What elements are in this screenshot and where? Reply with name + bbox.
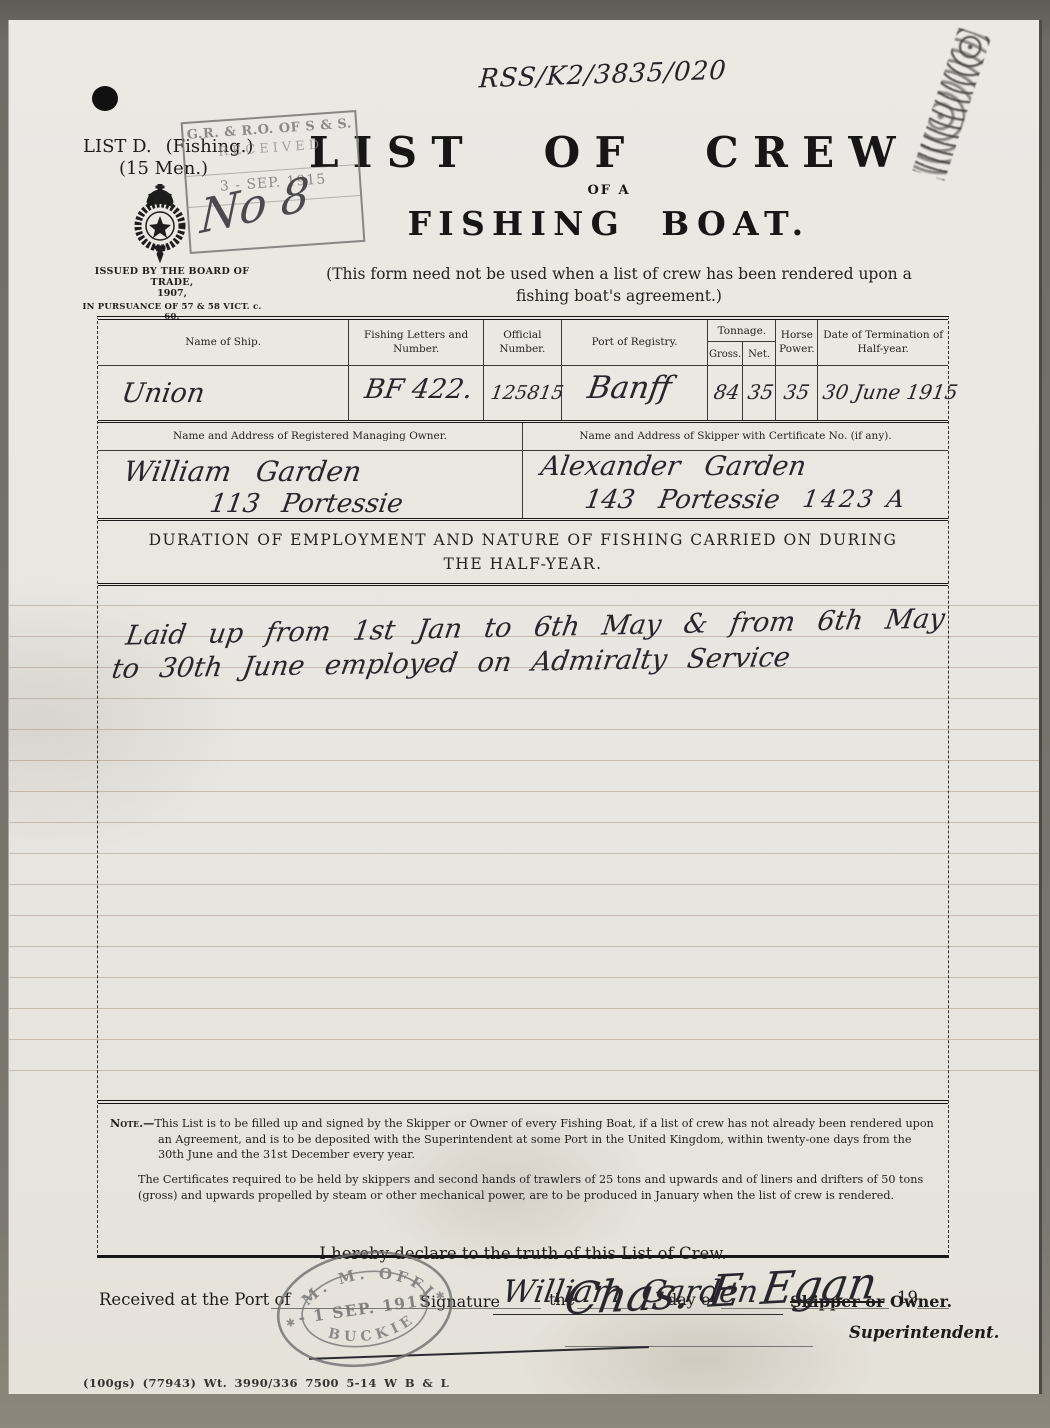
note-label: Note.— [110, 1116, 154, 1130]
note-paragraph-1: Note.—This List is to be filled up and s… [110, 1116, 936, 1163]
corner-smudge [912, 27, 991, 180]
note-section: Note.—This List is to be filled up and s… [98, 1100, 948, 1216]
value-skipper-address: 143 Portessie [583, 485, 782, 515]
title-fishing-boat: FISHING BOAT. [309, 204, 909, 243]
punch-hole [92, 86, 118, 111]
value-skipper-certificate: 1423 A [801, 485, 909, 513]
header-gross: Gross. [708, 342, 743, 366]
header-date-termination: Date of Termination of Half-year. [818, 320, 948, 365]
board-of-trade-crest-icon [127, 184, 193, 268]
value-horse-power: 35 [783, 380, 812, 404]
scanned-document: RSS/K2/3835/020 LIST D.(Fishing.) (15 Me… [0, 0, 1050, 1428]
note-paragraph-2: The Certificates required to be held by … [110, 1172, 936, 1203]
header-tonnage: Tonnage. [708, 320, 775, 342]
header-horse-power: Horse Power. [776, 320, 817, 365]
year-fill-line [917, 1308, 949, 1309]
value-net: 35 [746, 380, 775, 404]
mm-office-buckie-stamp: M. M. OFFICE BUCKIE - 1 SEP. 1915 ✱ ✱ [265, 1236, 465, 1386]
year-prefix-label: 19 [897, 1288, 918, 1307]
header-name-of-ship: Name of Ship. [98, 320, 348, 365]
duration-entry-area: Laid up from 1st Jan to 6th May & from 6… [98, 586, 948, 1100]
title-of-a: OF A [309, 183, 909, 198]
header-managing-owner: Name and Address of Registered Managing … [98, 423, 522, 450]
duration-heading: DURATION OF EMPLOYMENT AND NATURE OF FIS… [98, 521, 948, 586]
received-at-port-label: Received at the Port of [99, 1290, 291, 1309]
value-port-of-registry: Banff [585, 370, 674, 406]
printer-imprint: (100gs) (77943) Wt. 3990/336 7500 5-14 W… [83, 1376, 449, 1390]
owner-skipper-header-row: Name and Address of Registered Managing … [98, 423, 948, 451]
value-owner-address: 113 Portessie [208, 489, 405, 519]
issued-by-text: ISSUED BY THE BOARD OF TRADE, 1907, IN P… [77, 266, 267, 322]
value-fishing-letters: BF 422. [363, 374, 475, 405]
stamp-star-right: ✱ [435, 1289, 446, 1303]
superintendent-label: Superintendent. [849, 1323, 999, 1342]
value-name-of-ship: Union [120, 378, 207, 409]
header-skipper: Name and Address of Skipper with Certifi… [523, 423, 948, 450]
header-port-of-registry: Port of Registry. [562, 320, 708, 365]
ship-table-values-row: Union BF 422. 125815 Banff 84 35 35 30 J… [98, 366, 948, 423]
header-official-number: Official Number. [484, 320, 561, 365]
paper-page: RSS/K2/3835/020 LIST D.(Fishing.) (15 Me… [8, 20, 1042, 1394]
form-subtitle: (This form need not be used when a list … [259, 263, 979, 308]
owner-skipper-values-row: William Garden 113 Portessie Alexander G… [98, 451, 948, 521]
value-owner-name: William Garden [121, 455, 363, 488]
value-date-termination: 30 June 1915 [821, 380, 959, 404]
value-official-number: 125815 [489, 382, 565, 404]
form-title: LIST OF CREW OF A FISHING BOAT. [309, 128, 909, 243]
ship-table-header-row: Name of Ship. Fishing Letters and Number… [98, 320, 948, 366]
value-skipper-name: Alexander Garden [539, 451, 809, 482]
title-list-of-crew: LIST OF CREW [309, 128, 909, 177]
header-net: Net. [743, 342, 776, 366]
form-table: Name of Ship. Fishing Letters and Number… [97, 316, 949, 1258]
value-gross: 84 [713, 380, 742, 404]
stamp-star-left: ✱ [285, 1316, 296, 1330]
header-fishing-letters: Fishing Letters and Number. [349, 320, 483, 365]
archive-reference-handwriting: RSS/K2/3835/020 [478, 56, 728, 95]
duration-entry-line1: Laid up from 1st Jan to 6th May & from 6… [124, 603, 947, 651]
